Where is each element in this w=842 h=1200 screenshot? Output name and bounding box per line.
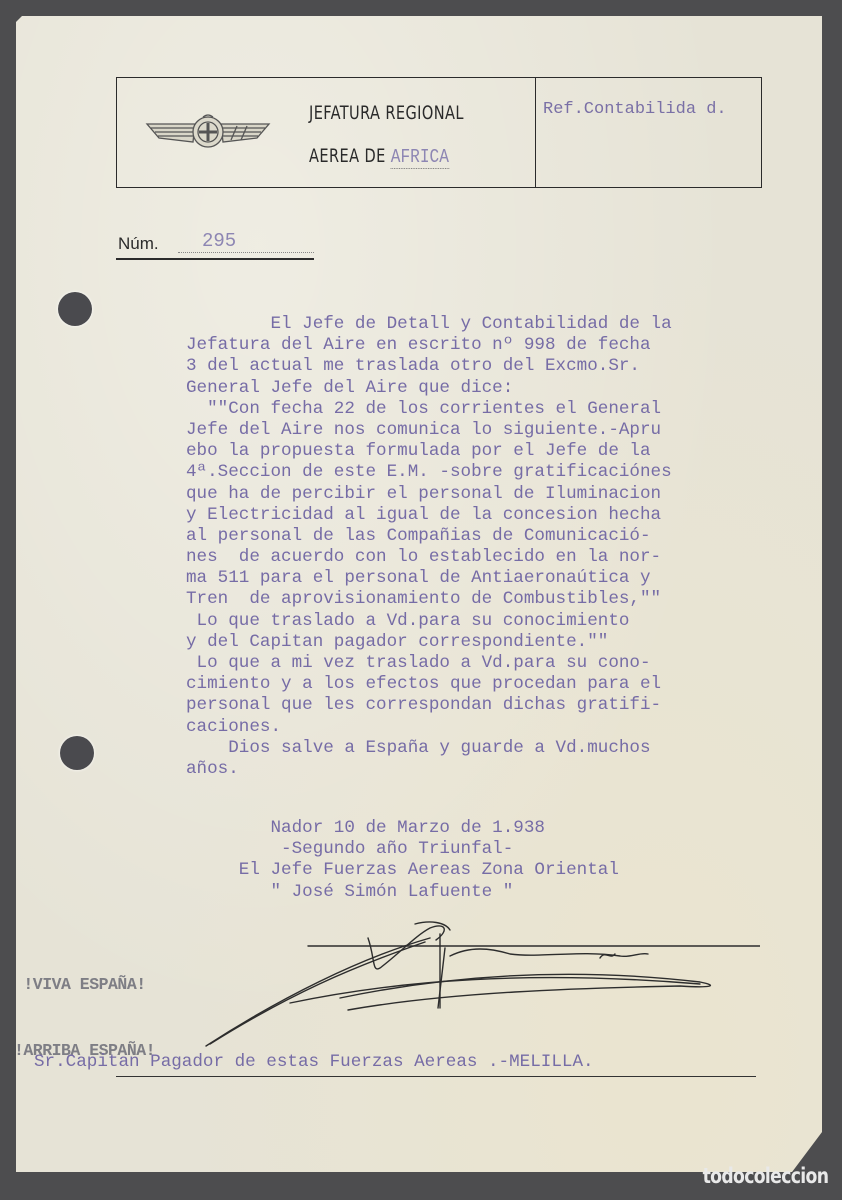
winged-emblem-icon — [145, 112, 271, 152]
closing-text-line: -Segundo año Triunfal- — [186, 839, 786, 860]
addressee-underline — [116, 1076, 756, 1077]
punch-hole-top — [58, 292, 92, 326]
todocoleccion-watermark: todocoleccion — [702, 1164, 828, 1188]
letterhead-title-line1: JEFATURA REGIONAL — [309, 102, 464, 124]
body-text-line: General Jefe del Aire que dice: — [186, 378, 826, 399]
number-label: Núm. — [118, 234, 159, 254]
addressee-line: Sr.Capitan Pagador de estas Fuerzas Aere… — [34, 1052, 594, 1072]
body-text-line: y del Capitan pagador correspondiente."" — [186, 632, 826, 653]
body-text-line: y Electricidad al igual de la concesion … — [186, 505, 826, 526]
stamp-line-viva: !VIVA ESPAÑA! — [14, 974, 155, 996]
letterhead-prefix: AEREA DE — [309, 145, 391, 167]
body-text-line: nes de acuerdo con lo establecido en la … — [186, 547, 826, 568]
letter-body: El Jefe de Detall y Contabilidad de laJe… — [186, 314, 826, 780]
body-text-line: personal que les correspondan dichas gra… — [186, 695, 826, 716]
letterhead-box: JEFATURA REGIONAL AEREA DE AFRICA Ref.Co… — [116, 77, 762, 188]
body-text-line: cimiento y a los efectos que procedan pa… — [186, 674, 826, 695]
number-value: 295 — [178, 230, 314, 253]
punch-hole-bottom — [60, 736, 94, 770]
body-text-line: Lo que traslado a Vd.para su conocimient… — [186, 611, 826, 632]
body-text-line: que ha de percibir el personal de Ilumin… — [186, 484, 826, 505]
document-number-field: Núm. 295 — [116, 232, 314, 260]
body-text-line: 3 del actual me traslada otro del Excmo.… — [186, 356, 826, 377]
body-text-line: Dios salve a España y guarde a Vd.muchos — [186, 738, 826, 759]
closing-text-line: El Jefe Fuerzas Aereas Zona Oriental — [186, 860, 786, 881]
letterhead-region: AFRICA — [391, 146, 449, 169]
body-text-line: Jefatura del Aire en escrito nº 998 de f… — [186, 335, 826, 356]
body-text-line: años. — [186, 759, 826, 780]
letter-closing: Nador 10 de Marzo de 1.938 -Segundo año … — [186, 818, 786, 903]
reference-label: Ref.Contabilida d. — [543, 100, 727, 119]
body-text-line: ma 511 para el personal de Antiaeronaúti… — [186, 568, 826, 589]
closing-text-line: Nador 10 de Marzo de 1.938 — [186, 818, 786, 839]
letterhead-title-line2: AEREA DE AFRICA — [309, 145, 449, 168]
body-text-line: El Jefe de Detall y Contabilidad de la — [186, 314, 826, 335]
body-text-line: Jefe del Aire nos comunica lo siguiente.… — [186, 420, 826, 441]
body-text-line: Lo que a mi vez traslado a Vd.para su co… — [186, 653, 826, 674]
body-text-line: al personal de las Compañias de Comunica… — [186, 526, 826, 547]
handwritten-signature-icon — [200, 918, 760, 1048]
letterhead-divider — [535, 78, 536, 187]
closing-text-line: " José Simón Lafuente " — [186, 882, 786, 903]
body-text-line: 4ª.Seccion de este E.M. -sobre gratifica… — [186, 462, 826, 483]
body-text-line: Tren de aprovisionamiento de Combustible… — [186, 589, 826, 610]
body-text-line: caciones. — [186, 717, 826, 738]
body-text-line: ""Con fecha 22 de los corrientes el Gene… — [186, 399, 826, 420]
body-text-line: ebo la propuesta formulada por el Jefe d… — [186, 441, 826, 462]
